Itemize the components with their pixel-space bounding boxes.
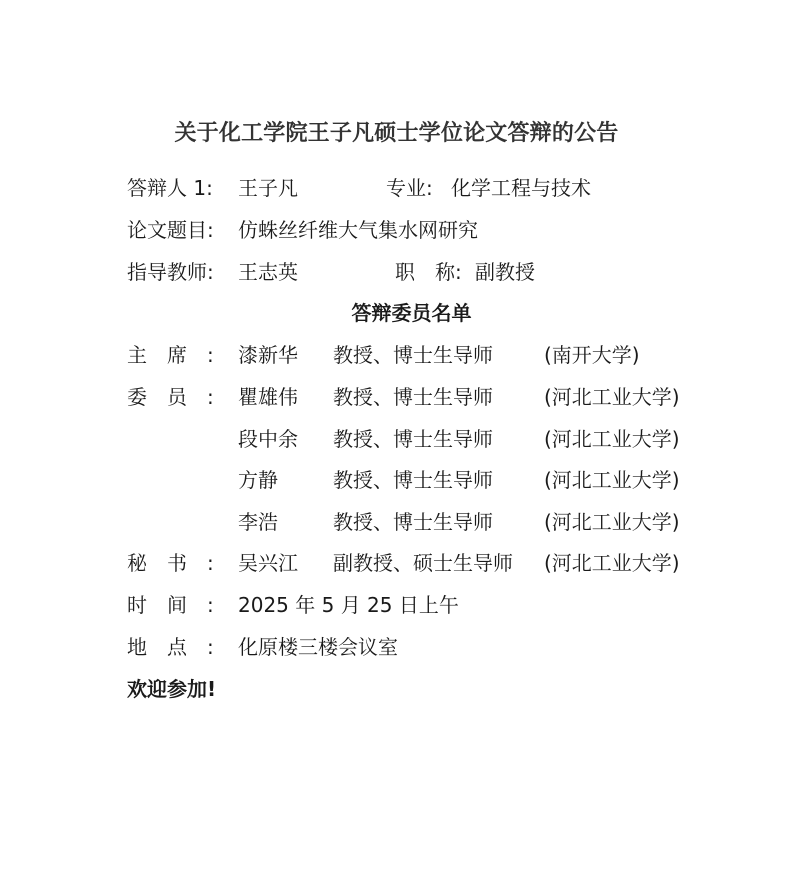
time-label: 时 间 : <box>127 591 214 619</box>
committee-title: 教授、博士生导师 <box>333 466 493 494</box>
advisor-name: 王志英 <box>238 258 298 286</box>
committee-role: 秘 书 : <box>127 549 214 577</box>
thesis-label: 论文题目: <box>127 216 214 244</box>
committee-heading: 答辩委员名单 <box>0 299 793 327</box>
time-value: 2025 年 5 月 25 日上午 <box>238 591 459 619</box>
committee-name: 方静 <box>238 466 278 494</box>
major-label: 专业: <box>386 174 433 202</box>
committee-affiliation: (河北工业大学) <box>544 466 680 494</box>
committee-title: 教授、博士生导师 <box>333 508 493 536</box>
defender-label: 答辩人 1: <box>127 174 213 202</box>
committee-name: 瞿雄伟 <box>238 383 298 411</box>
committee-affiliation: (河北工业大学) <box>544 425 680 453</box>
committee-affiliation: (河北工业大学) <box>544 383 680 411</box>
committee-title: 教授、博士生导师 <box>333 341 493 369</box>
rank-label: 职 称: <box>395 258 462 286</box>
thesis-value: 仿蛛丝纤维大气集水网研究 <box>238 216 478 244</box>
closing-text: 欢迎参加! <box>127 675 216 703</box>
committee-title: 教授、博士生导师 <box>333 425 493 453</box>
place-value: 化原楼三楼会议室 <box>238 633 398 661</box>
committee-affiliation: (河北工业大学) <box>544 508 680 536</box>
announcement-document: 关于化工学院王子凡硕士学位论文答辩的公告 答辩人 1: 王子凡 专业: 化学工程… <box>0 0 793 885</box>
rank-value: 副教授 <box>475 258 535 286</box>
defender-name: 王子凡 <box>238 174 298 202</box>
committee-affiliation: (南开大学) <box>544 341 640 369</box>
document-title: 关于化工学院王子凡硕士学位论文答辩的公告 <box>0 116 793 147</box>
committee-name: 吴兴江 <box>238 549 298 577</box>
committee-title: 教授、博士生导师 <box>333 383 493 411</box>
place-label: 地 点 : <box>127 633 214 661</box>
committee-name: 李浩 <box>238 508 278 536</box>
advisor-label: 指导教师: <box>127 258 214 286</box>
committee-title: 副教授、硕士生导师 <box>333 549 513 577</box>
committee-role: 主 席 : <box>127 341 214 369</box>
committee-affiliation: (河北工业大学) <box>544 549 680 577</box>
committee-role: 委 员 : <box>127 383 214 411</box>
committee-name: 段中余 <box>238 425 298 453</box>
major-value: 化学工程与技术 <box>451 174 591 202</box>
committee-name: 漆新华 <box>238 341 298 369</box>
